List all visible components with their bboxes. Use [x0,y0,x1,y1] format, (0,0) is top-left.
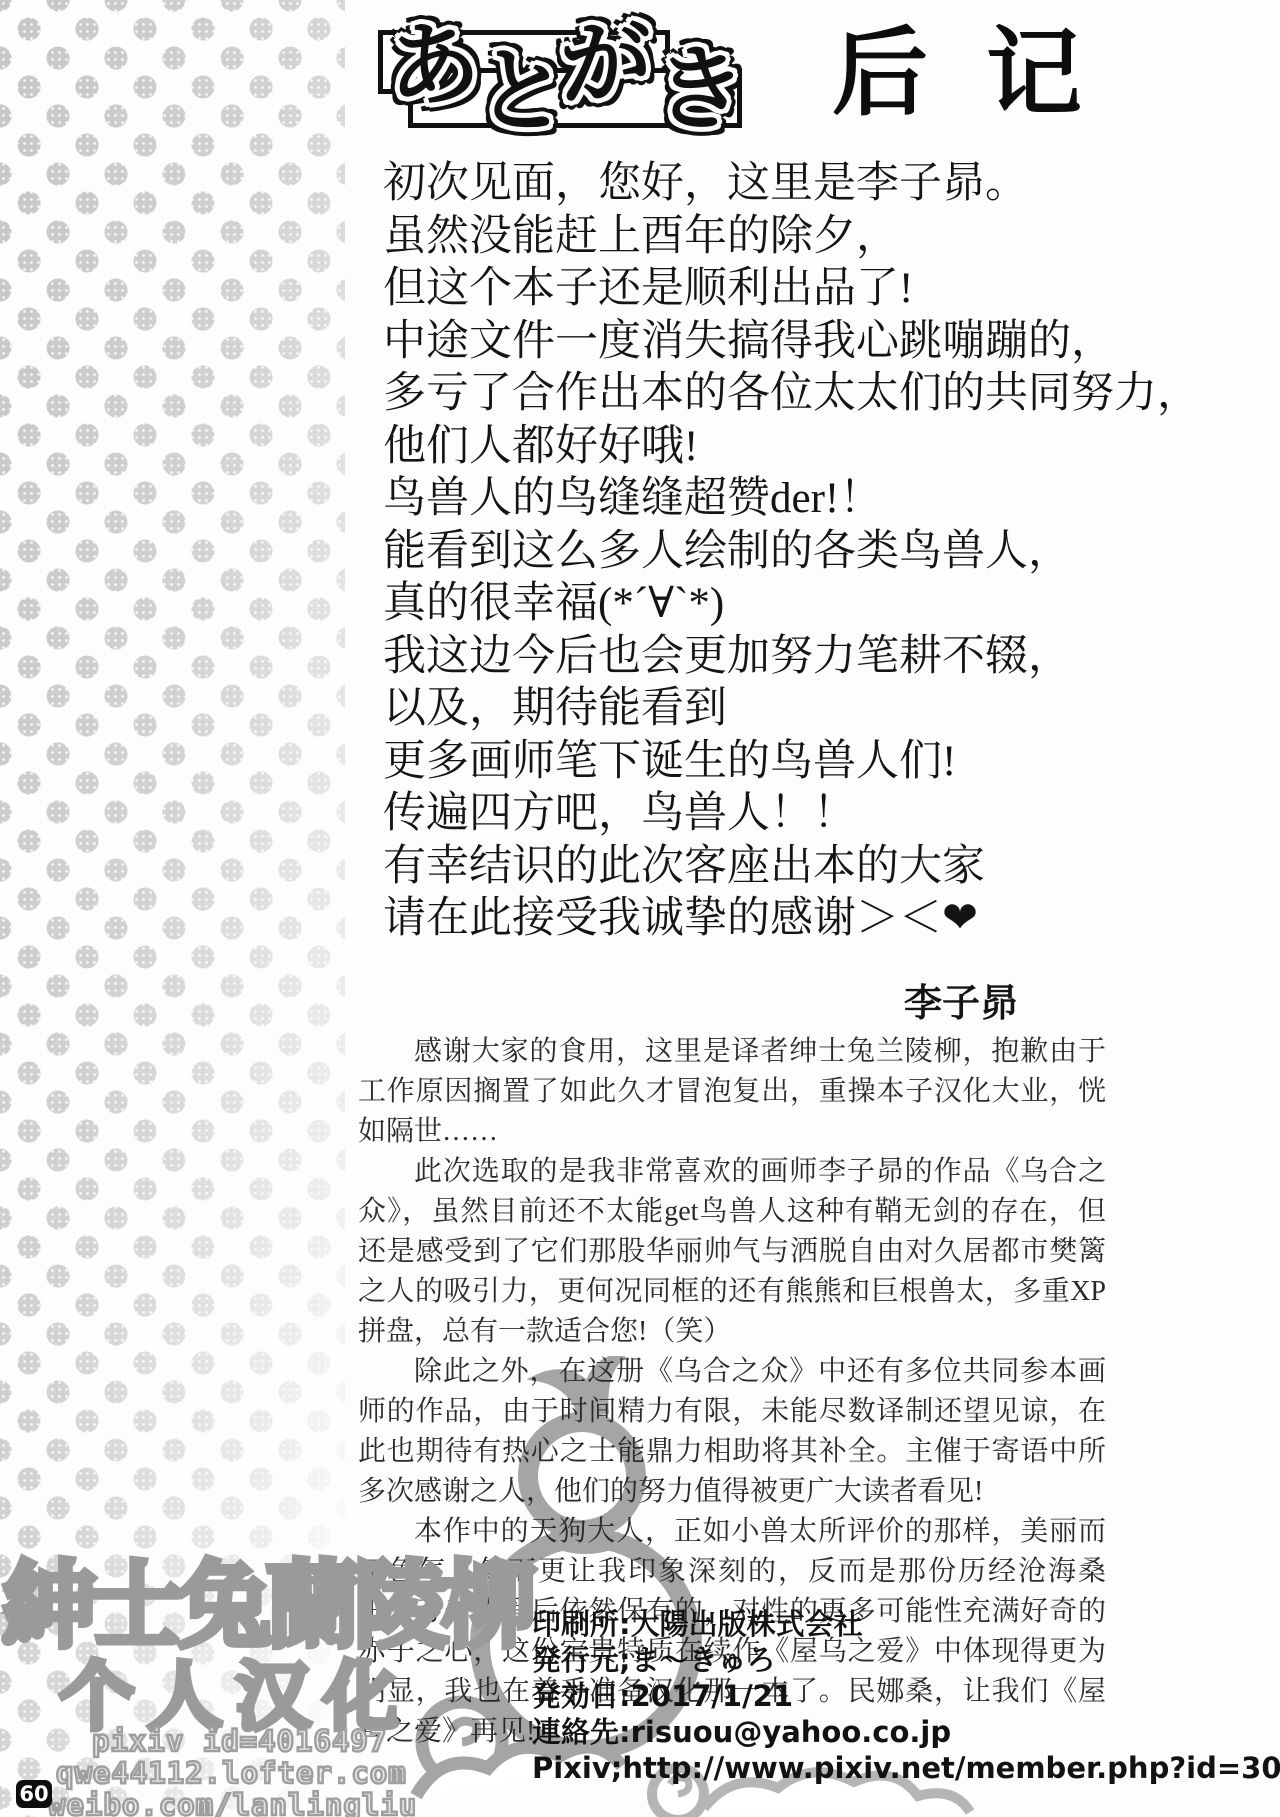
watermark-subtitle: 个人汉化 [60,1660,412,1734]
colophon: 印刷所:大陽出版株式会社 発行元;ま～きゅろ 発効日:2017/1/21 連絡先… [532,1606,1280,1786]
message-line: 我这边今后也会更加努力笔耕不辍， [383,631,1200,684]
message-line: 中途文件一度消失搞得我心跳嘣蹦的， [383,316,1200,369]
colophon-contact: 連絡先:risuou@yahoo.co.jp [532,1714,1280,1750]
colophon-pixiv-url: Pixiv;http://www.pixiv.net/member.php?id… [532,1750,1280,1786]
watermark-lofter-url: qwe44112.lofter.com [56,1756,407,1790]
colophon-printer: 印刷所:大陽出版株式会社 [532,1606,1280,1642]
colophon-publisher: 発行元;ま～きゅろ [532,1642,1280,1678]
watermark-weibo-url: weibo.com/lanlingliu [48,1788,417,1817]
message-line: 请在此接受我诚挚的感谢＞＜❤ [383,893,1200,946]
title-char: と [474,44,571,141]
author-signature: 李子昴 [383,972,1018,1027]
title-char: あ [385,17,483,115]
message-line: 初次见面，您好，这里是李子昴。 [383,158,1200,211]
message-line: 但这个本子还是顺利出品了! [383,263,1200,316]
message-line: 虽然没能赶上酉年的除夕， [383,211,1200,264]
page-number-badge: 60 [16,1780,52,1808]
message-line: 他们人都好好哦! [383,421,1200,474]
afterword-title-japanese: あ と が き [372,20,762,140]
halftone-screentone-pattern [0,0,345,1817]
message-line: 能看到这么多人绘制的各类鸟兽人， [383,526,1200,579]
translator-paragraph: 除此之外，在这册《乌合之众》中还有多位共同参本画师的作品，由于时间精力有限，未能… [358,1352,1106,1512]
watermark-name: 紳士兔蘭陵柳 [2,1560,530,1654]
title-char: が [558,16,655,113]
message-line: 传遍四方吧，鸟兽人！！ [383,788,1200,841]
afterword-page: あ と が き 后记 初次见面，您好，这里是李子昴。 虽然没能赶上酉年的除夕， … [0,0,1280,1817]
watermark-pixiv-id: pixiv id=4016497 [92,1724,387,1758]
message-line: 更多画师笔下诞生的鸟兽人们! [383,736,1200,789]
message-line: 以及，期待能看到 [383,683,1200,736]
afterword-message: 初次见面，您好，这里是李子昴。 虽然没能赶上酉年的除夕， 但这个本子还是顺利出品… [383,158,1200,946]
message-line: 多亏了合作出本的各位太太们的共同努力， [383,368,1200,421]
colophon-date: 発効日:2017/1/21 [532,1678,1280,1714]
message-line: 真的很幸福(*´∀`*) [383,578,1200,631]
message-line: 有幸结识的此次客座出本的大家 [383,841,1200,894]
message-line: 鸟兽人的鸟缝缝超赞der!！ [383,473,1200,526]
translator-paragraph: 此次选取的是我非常喜欢的画师李子昴的作品《乌合之众》，虽然目前还不太能get鸟兽… [358,1152,1106,1352]
afterword-title-chinese: 后记 [832,26,1140,122]
translator-paragraph: 感谢大家的食用，这里是译者绅士兔兰陵柳，抱歉由于工作原因搁置了如此久才冒泡复出，… [358,1032,1106,1152]
title-char: き [652,42,747,137]
